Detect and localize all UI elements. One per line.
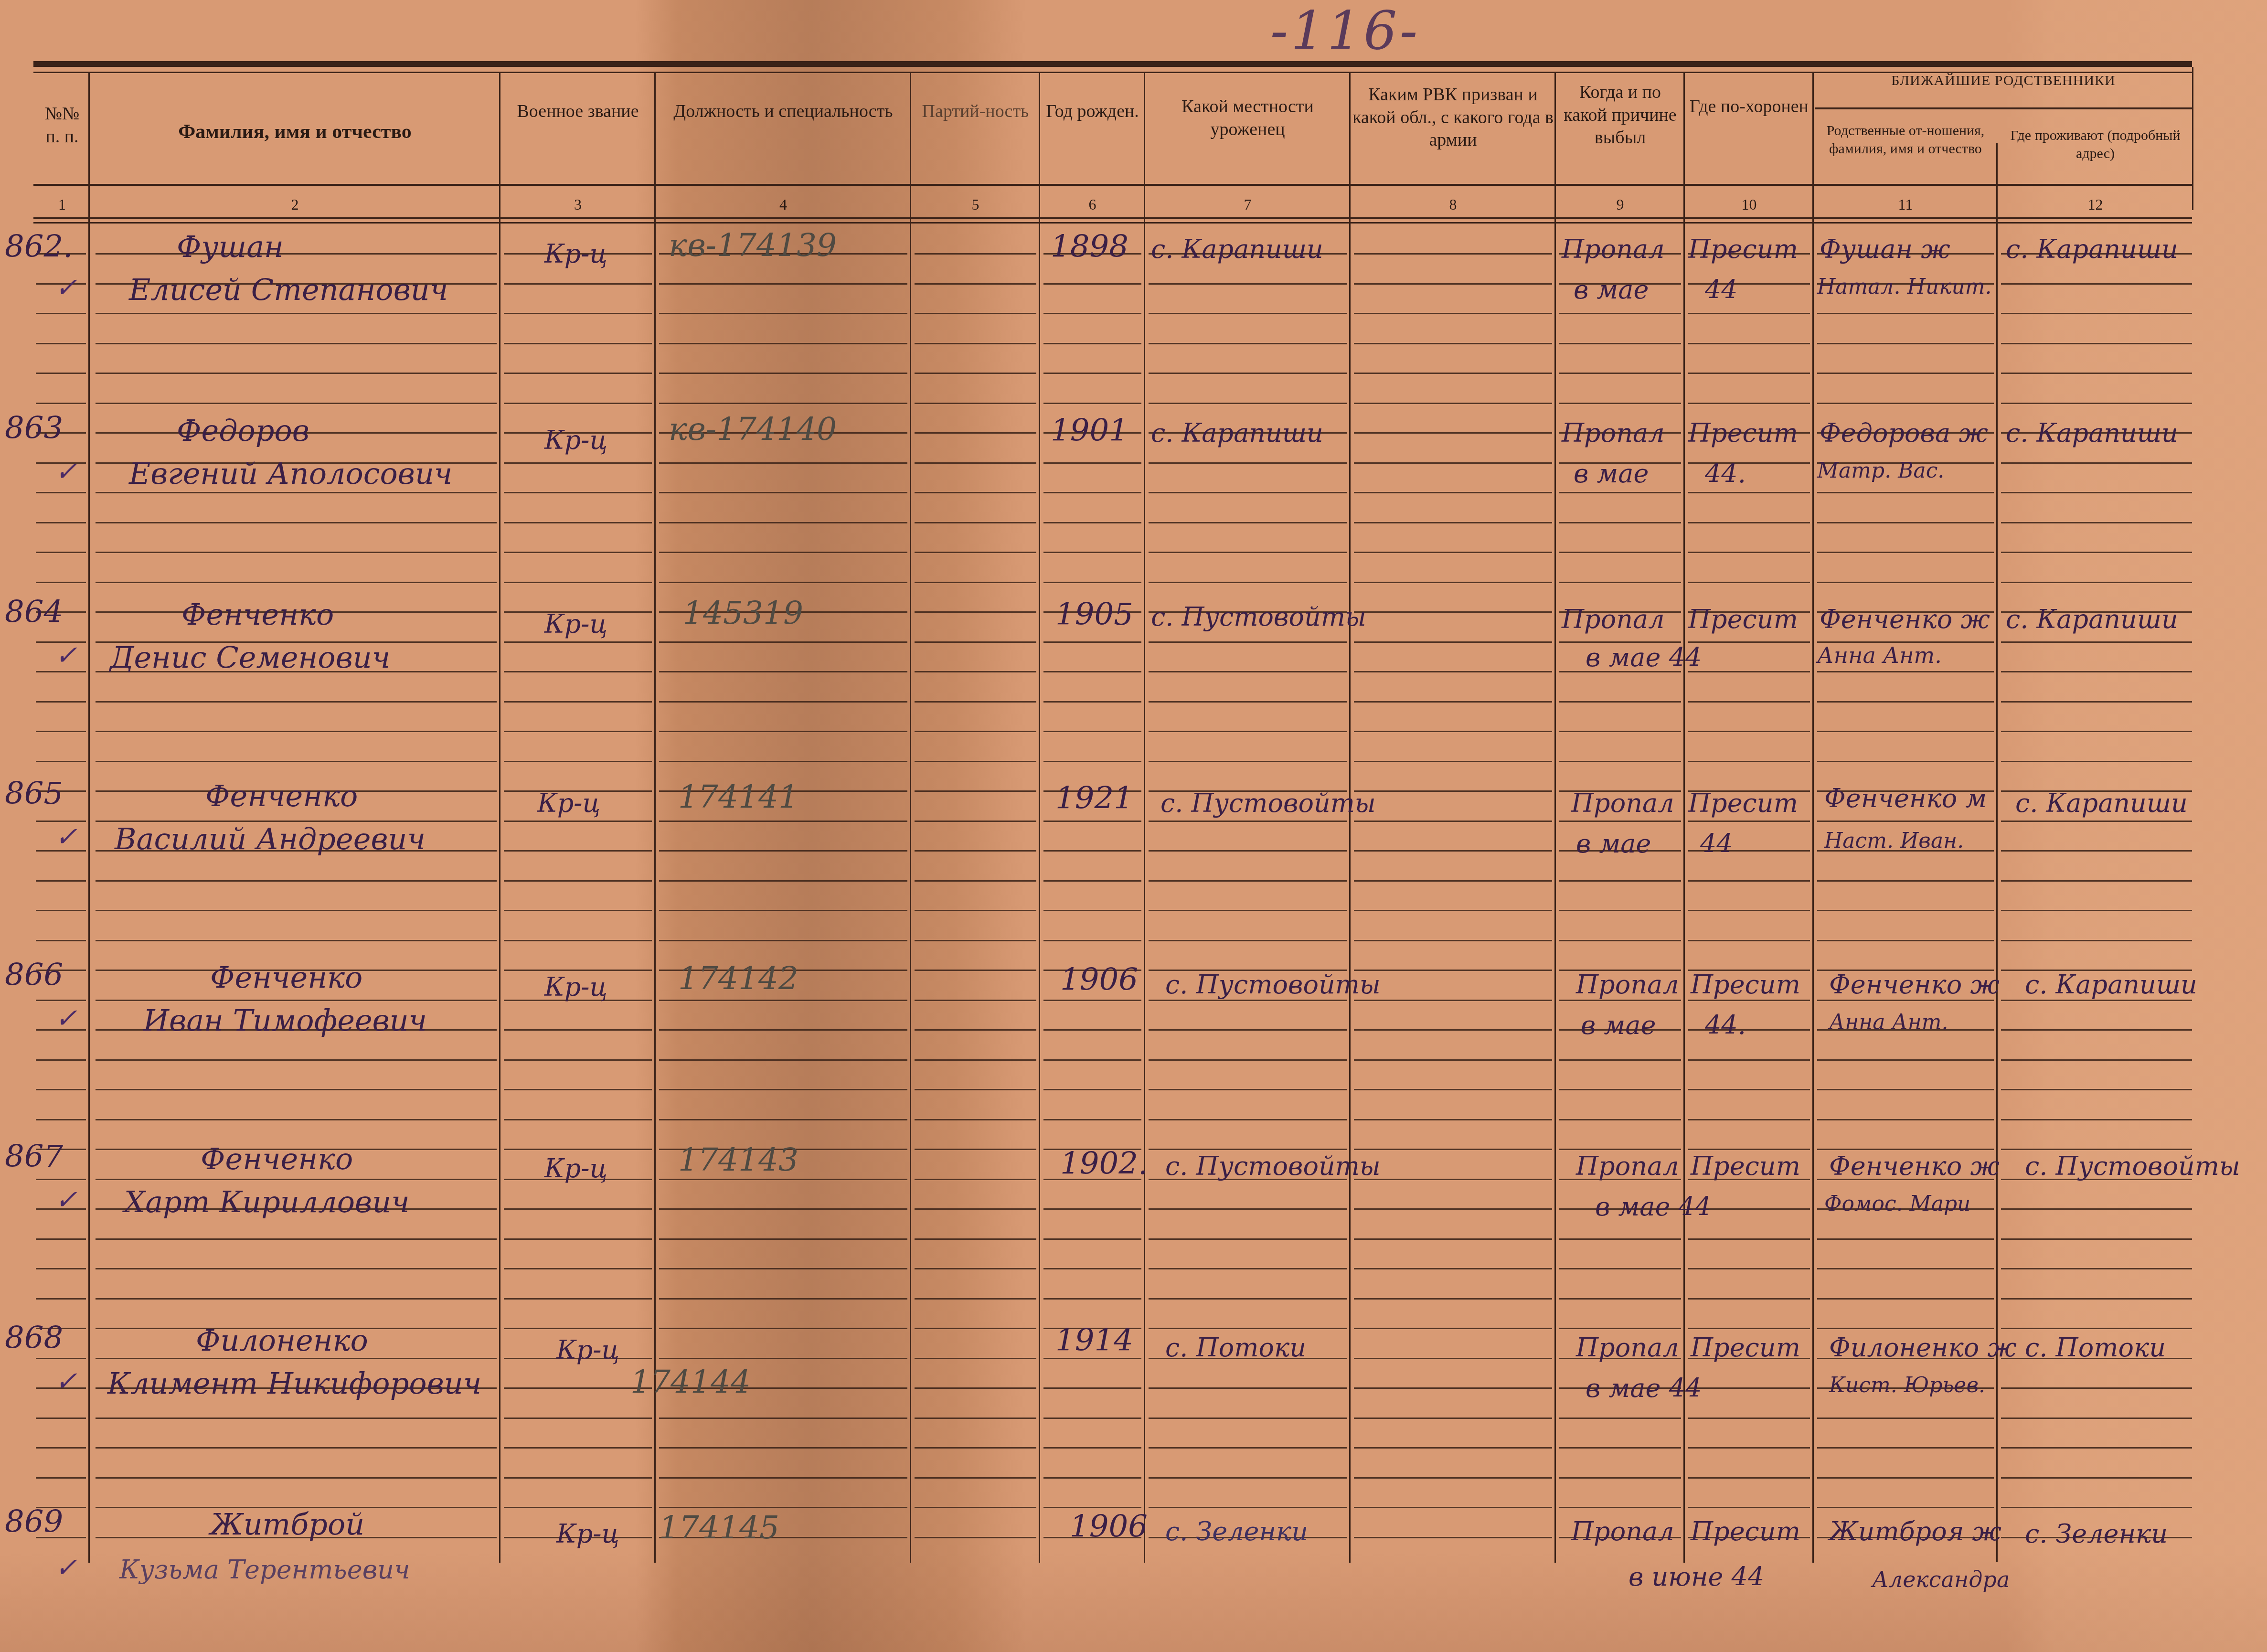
ruled-line [1354,1238,1552,1240]
when-left: Пропал [1562,234,1665,264]
burial-place: Пресит [1688,604,1798,634]
ruled-line [36,761,86,762]
ruled-line [2001,641,2192,643]
ruled-line [1354,1119,1552,1120]
ruled-line [659,522,907,523]
ruled-line [1149,1418,1347,1419]
ruled-line [36,1477,86,1479]
ruled-line [36,343,86,344]
ruled-line [504,492,652,493]
position-code: 174141 [678,778,798,815]
ruled-line [1688,1059,1810,1061]
ruled-line [2001,343,2192,344]
ruled-line [1817,1328,1994,1329]
ruled-line [1149,343,1347,344]
birth-year: 1921 [1055,781,1133,816]
burial-year: 44. [1705,458,1746,489]
ruled-line [659,940,907,941]
ruled-line [96,582,497,583]
ruled-line [504,1029,652,1031]
column-number: 10 [1686,196,1812,213]
rank: Кр-ц [556,1519,619,1549]
ruled-line [659,880,907,882]
header-double-rule [33,217,2192,219]
when-left-date: в мае [1574,275,1649,305]
ruled-line [1043,403,1141,404]
ruled-line [915,1418,1036,1419]
ruled-line [1354,701,1552,703]
ruled-line [504,373,652,374]
ruled-line [2001,283,2192,285]
ruled-line [1354,1507,1552,1508]
ruled-line [2001,910,2192,911]
ruled-line [1559,1418,1681,1419]
ruled-line [1559,552,1681,553]
ruled-line [1354,611,1552,613]
burial-place: Пресит [1691,1332,1800,1363]
birthplace: с. Пустовойты [1160,788,1376,818]
ruled-line [1559,1298,1681,1300]
ruled-line [2001,1089,2192,1090]
ruled-line [659,671,907,672]
ruled-line [1688,1298,1810,1300]
ruled-line [1688,641,1810,643]
ruled-line [659,731,907,732]
ruled-line [1817,522,1994,523]
ruled-line [1688,940,1810,941]
ruled-line [915,1387,1036,1389]
ruled-line [36,1000,86,1001]
ruled-line [659,761,907,762]
ruled-line [659,1000,907,1001]
header-top-rule [33,61,2192,67]
header-col-11: Родственные от-ношения, фамилия, имя и о… [1815,122,1996,158]
ruled-line [1688,1477,1810,1479]
ruled-line [504,313,652,314]
ruled-line [96,761,497,762]
column-number: 2 [91,196,499,213]
ruled-line [2001,403,2192,404]
ruled-line [1354,1089,1552,1090]
ruled-line [915,1447,1036,1449]
header-col-7: Какой местности уроженец [1146,96,1349,141]
ruled-line [1354,671,1552,672]
ruled-line [1354,253,1552,255]
ruled-line [504,1268,652,1269]
ruled-line [1043,1089,1141,1090]
ruled-line [2001,492,2192,493]
ruled-line [1354,761,1552,762]
ruled-line [96,1298,497,1300]
ruled-line [915,313,1036,314]
surname: Федоров [177,413,309,448]
ruled-line [1354,641,1552,643]
ruled-line [1149,522,1347,523]
ruled-line [96,1447,497,1449]
ruled-line [659,850,907,852]
ruled-line [1354,970,1552,971]
ruled-line [2001,1029,2192,1031]
ruled-line [504,701,652,703]
ruled-line [1817,1447,1994,1449]
ruled-line [1688,671,1810,672]
ruled-line [1149,701,1347,703]
ruled-line [1688,910,1810,911]
ruled-line [1043,1387,1141,1389]
when-left: Пропал [1571,788,1674,818]
ruled-line [1354,1418,1552,1419]
ruled-line [1559,1477,1681,1479]
ruled-line [1817,940,1994,941]
ruled-line [1149,731,1347,732]
ruled-line [915,1119,1036,1120]
ruled-line [2001,1418,2192,1419]
column-number: 5 [912,196,1039,213]
ruled-line [1817,1000,1994,1001]
ruled-line [1043,343,1141,344]
when-left: Пропал [1562,418,1665,448]
ruled-line [1688,373,1810,374]
ruled-line [1043,671,1141,672]
column-divider [1554,73,1556,1563]
column-number: 7 [1146,196,1349,213]
ruled-line [1043,1208,1141,1210]
ruled-line [96,731,497,732]
ruled-line [96,1000,497,1001]
ruled-line [1559,1059,1681,1061]
ruled-line [96,253,497,255]
relative-address: с. Карапиши [2006,234,2178,264]
when-left-date: в мае [1574,458,1649,489]
ruled-line [1043,731,1141,732]
burial-year: 44 [1705,275,1738,305]
ruled-line [1043,462,1141,464]
column-divider [1812,73,1814,1563]
ruled-line [504,671,652,672]
relative-name: Фенченко ж [1820,604,1990,634]
ruled-line [504,1387,652,1389]
ruled-line [36,701,86,703]
relative-name: Филоненко ж [1829,1332,2017,1363]
ruled-line [2001,552,2192,553]
ruled-line [1688,1507,1810,1508]
given-names: Василий Андреевич [115,821,426,856]
ruled-line [504,1328,652,1329]
header-group-rule [1815,107,2192,109]
header-col-8: Каким РВК призван и какой обл., с какого… [1352,84,1554,152]
ruled-line [1559,731,1681,732]
ruled-line [1043,761,1141,762]
ruled-line [1559,761,1681,762]
ruled-line [1149,1298,1347,1300]
ruled-line [504,970,652,971]
ruled-line [915,1238,1036,1240]
rank: Кр-ц [544,1153,607,1183]
ruled-line [915,552,1036,553]
ruled-line [659,1358,907,1359]
ruled-line [1817,1418,1994,1419]
birth-year: 1906 [1060,962,1138,998]
check-mark: ✓ [55,640,77,671]
ruled-line [915,1029,1036,1031]
ruled-line [1817,1119,1994,1120]
ruled-line [1149,940,1347,941]
ruled-line [1043,1119,1141,1120]
ruled-line [96,492,497,493]
birthplace: с. Карапиши [1151,418,1323,448]
ruled-line [1354,1000,1552,1001]
ruled-line [1043,283,1141,285]
ruled-line [1817,1298,1994,1300]
ruled-line [915,1179,1036,1180]
relative-given: Кист. Юрьев. [1829,1373,1985,1397]
ruled-line [1149,1000,1347,1001]
relative-address: с. Потоки [2025,1332,2166,1363]
column-number: 9 [1557,196,1683,213]
ruled-line [1354,1059,1552,1061]
when-left: Пропал [1576,1332,1679,1363]
ruled-line [1149,313,1347,314]
relative-given: Анна Ант. [1829,1010,1948,1034]
ruled-line [504,582,652,583]
ruled-line [1043,1447,1141,1449]
header-col-3: Военное звание [501,100,654,123]
ruled-line [1688,701,1810,703]
ruled-line [504,1507,652,1508]
ruled-line [36,1059,86,1061]
ruled-line [504,821,652,822]
ruled-line [1817,821,1994,822]
ruled-line [1043,910,1141,911]
ruled-line [96,1059,497,1061]
birth-year: 1905 [1055,597,1133,632]
burial-place: Пресит [1691,1151,1800,1181]
ruled-line [1354,1268,1552,1269]
header-col-1: №№ п. п. [36,103,88,148]
ruled-line [1149,641,1347,643]
ruled-line [659,492,907,493]
column-number: 12 [1999,196,2192,213]
ruled-line [504,552,652,553]
when-left: Пропал [1571,1516,1674,1546]
relative-address: с. Карапиши [2006,418,2178,448]
ruled-line [1043,552,1141,553]
record-number: 869 [5,1504,63,1540]
ruled-line [36,1179,86,1180]
ruled-line [1559,492,1681,493]
ruled-line [1149,1149,1347,1150]
column-number: 1 [36,196,88,213]
ruled-line [915,432,1036,434]
ruled-line [1817,1089,1994,1090]
ruled-line [1149,1477,1347,1479]
ruled-line [1817,731,1994,732]
column-divider [1683,73,1685,1563]
ruled-line [1817,1238,1994,1240]
ruled-line [1817,1477,1994,1479]
ruled-line [1354,1447,1552,1449]
ruled-line [2001,1268,2192,1269]
ruled-line [1817,403,1994,404]
record-number: 865 [5,776,63,811]
ruled-line [96,1179,497,1180]
ruled-line [1043,522,1141,523]
ruled-line [1354,462,1552,464]
ruled-line [1559,821,1681,822]
when-left-date: в мае 44 [1595,1192,1711,1222]
ruled-line [96,1358,497,1359]
ruled-line [1688,552,1810,553]
burial-year: 44. [1705,1010,1746,1040]
ruled-line [96,1477,497,1479]
ruled-line [1817,373,1994,374]
ruled-line [504,1149,652,1150]
ruled-line [1559,701,1681,703]
ruled-line [1354,910,1552,911]
check-mark: ✓ [55,456,77,487]
ruled-line [1559,1149,1681,1150]
ruled-line [2001,761,2192,762]
ruled-line [1688,1447,1810,1449]
ruled-line [36,552,86,553]
ruled-line [915,701,1036,703]
ruled-line [1688,1149,1810,1150]
ruled-line [1149,1507,1347,1508]
birthplace: с. Пустовойты [1151,602,1366,632]
ruled-line [1688,1119,1810,1120]
ruled-line [1688,1000,1810,1001]
ruled-line [1559,940,1681,941]
ruled-line [2001,1328,2192,1329]
ruled-line [2001,1507,2192,1508]
ruled-line [1149,1447,1347,1449]
ruled-line [1688,880,1810,882]
rank: Кр-ц [544,425,607,455]
ruled-line [1688,343,1810,344]
relative-name: Фенченко ж [1829,970,2000,1000]
ruled-line [659,1089,907,1090]
ruled-line [1043,1298,1141,1300]
ruled-line [504,850,652,852]
relative-given: Александра [1872,1567,2010,1592]
ruled-line [2001,1149,2192,1150]
ruled-line [1354,880,1552,882]
check-mark: ✓ [55,1366,77,1397]
column-number: 6 [1041,196,1144,213]
ruled-line [1043,492,1141,493]
ruled-line [1817,1507,1994,1508]
ruled-line [915,1208,1036,1210]
ruled-line [1043,313,1141,314]
ruled-line [1559,1328,1681,1329]
ruled-line [659,1029,907,1031]
ruled-line [96,1268,497,1269]
ruled-line [1354,492,1552,493]
ruled-line [1354,731,1552,732]
header-col-4: Должность и специальность [657,100,910,123]
table-right-edge [2192,67,2193,210]
ruled-line [2001,821,2192,822]
ruled-line [36,880,86,882]
ruled-line [1354,1477,1552,1479]
ruled-line [504,1059,652,1061]
ruled-line [1559,1268,1681,1269]
ruled-line [659,1238,907,1240]
ruled-line [915,1149,1036,1150]
ruled-line [1043,1000,1141,1001]
ruled-line [915,910,1036,911]
relative-address: с. Пустовойты [2025,1151,2240,1181]
birth-year: 1898 [1051,229,1128,265]
column-divider [1144,73,1145,1563]
ruled-line [96,701,497,703]
ruled-line [1817,1268,1994,1269]
ruled-line [36,1238,86,1240]
ruled-line [96,1089,497,1090]
relative-name: Житброя ж [1829,1516,2001,1546]
ruled-line [1817,880,1994,882]
column-number: 8 [1352,196,1554,213]
ruled-line [504,403,652,404]
ruled-line [504,522,652,523]
ruled-line [1559,880,1681,882]
column-number: 4 [657,196,910,213]
ruled-line [96,1238,497,1240]
ruled-line [1354,552,1552,553]
burial-place: Пресит [1691,970,1800,1000]
header-bottom-rule [33,184,2192,186]
ruled-line [915,1328,1036,1329]
header-col-6: Год рожден. [1041,100,1144,123]
ruled-line [1688,821,1810,822]
relative-given: Натал. Никит. [1817,275,1992,299]
ruled-line [915,522,1036,523]
ruled-line [2001,701,2192,703]
ruled-line [1354,850,1552,852]
ruled-line [659,1298,907,1300]
ruled-line [504,1477,652,1479]
given-names: Иван Тимофеевич [143,1003,427,1038]
ruled-line [1043,582,1141,583]
ruled-line [96,1418,497,1419]
ruled-line [2001,880,2192,882]
column-number: 11 [1815,196,1996,213]
column-divider [88,73,90,1563]
ruled-line [1559,313,1681,314]
ruled-line [1149,850,1347,852]
ruled-line [504,1208,652,1210]
ruled-line [504,283,652,285]
ruled-line [504,1418,652,1419]
ruled-line [1688,403,1810,404]
ruled-line [1817,701,1994,703]
ruled-line [659,462,907,464]
relative-address: с. Карапиши [2025,970,2197,1000]
burial-place: Пресит [1688,418,1798,448]
ruled-line [36,940,86,941]
ruled-line [2001,1477,2192,1479]
position-code: кв-174140 [669,411,837,448]
ruled-line [915,731,1036,732]
birth-year: 1914 [1055,1323,1133,1358]
ruled-line [36,1447,86,1449]
ruled-line [1688,1238,1810,1240]
position-code: кв-174139 [669,227,837,264]
ruled-line [36,671,86,672]
ruled-line [1559,910,1681,911]
ruled-line [1354,432,1552,434]
ruled-line [504,761,652,762]
